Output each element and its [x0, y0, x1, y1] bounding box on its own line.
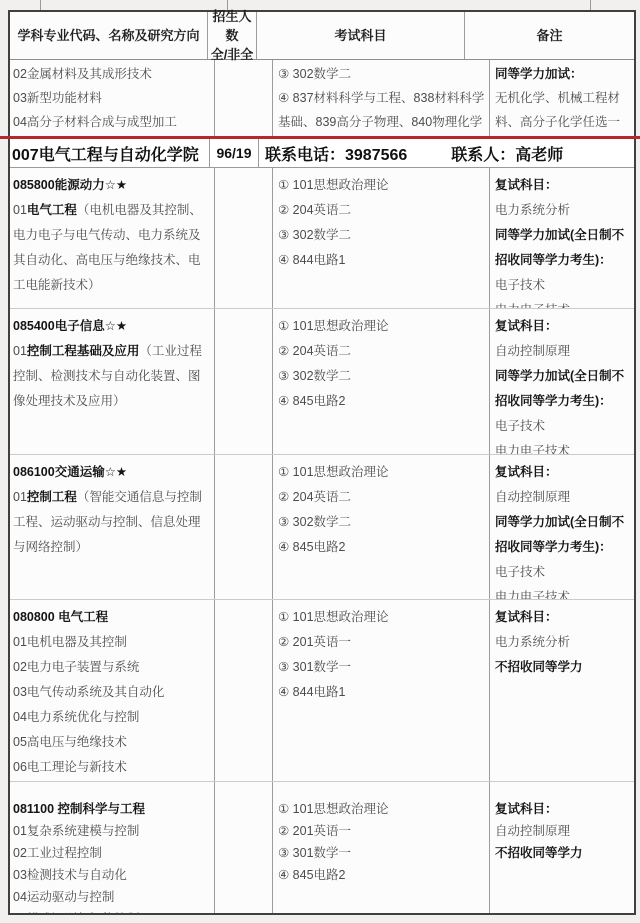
text-line: ② 204英语二 — [278, 198, 485, 223]
text-line: 02工业过程控制 — [13, 842, 210, 864]
text: ② 204英语二 — [278, 344, 351, 358]
text: 04电力系统优化与控制 — [13, 710, 139, 724]
text: ① 101思想政治理论 — [278, 319, 389, 333]
text-line: 无机化学、机械工程材料、高分子化学任选一门 — [495, 86, 630, 136]
header-major-column: 学科专业代码、名称及研究方向 — [10, 12, 207, 59]
text-line: 02电力电子装置与系统 — [13, 655, 210, 680]
cell-remarks: 复试科目：电力系统分析不招收同等学力 — [489, 600, 634, 781]
text-line: ② 204英语二 — [278, 485, 485, 510]
text-line: 03检测技术与自动化 — [13, 864, 210, 886]
text-line: ④ 845电路2 — [278, 389, 485, 414]
text-line: ④ 845电路2 — [278, 864, 485, 886]
table-row: 080800 电气工程01电机电器及其控制02电力电子装置与系统03电气传动系统… — [10, 600, 634, 782]
bold-text: 复试科目： — [495, 802, 558, 816]
bold-text: 复试科目： — [495, 610, 558, 624]
text-line: 04高分子材料合成与成型加工 — [13, 110, 210, 134]
text-line: 复试科目： — [495, 798, 630, 820]
text: 04运动驱动与控制 — [13, 890, 114, 904]
cell-major: 085800能源动力☆★01电气工程（电机电器及其控制、电力电子与电气传动、电力… — [10, 168, 214, 308]
department-contact: 联系电话：3987566 联系人：高老师 — [259, 139, 634, 167]
text-line: 复试科目： — [495, 605, 630, 630]
text-line: 02金属材料及其成形技术 — [13, 62, 210, 86]
text-line: 同等学力加试(全日制不招收同等学力考生)： — [495, 510, 630, 560]
bold-text: 控制工程基础及应用 — [27, 344, 140, 358]
text-line: ① 101思想政治理论 — [278, 460, 485, 485]
text-line: 01复杂系统建模与控制 — [13, 820, 210, 842]
bold-text: 控制工程 — [27, 490, 77, 504]
cell-exams: ① 101思想政治理论② 201英语一③ 301数学一④ 845电路2 — [272, 782, 489, 913]
text-line: 电力电子技术 — [495, 585, 630, 599]
cell-quota — [214, 600, 272, 781]
text: 01电机电器及其控制 — [13, 635, 127, 649]
text-line: 04运动驱动与控制 — [13, 886, 210, 908]
text: ① 101思想政治理论 — [278, 465, 389, 479]
header-remarks-column: 备注 — [464, 12, 634, 59]
text-line: 01电机电器及其控制 — [13, 630, 210, 655]
cell-remarks: 复试科目：电力系统分析同等学力加试(全日制不招收同等学力考生)：电子技术电力电子… — [489, 168, 634, 308]
cell-quota — [214, 60, 272, 136]
text: ④ 845电路2 — [278, 868, 346, 882]
department-quota: 96/19 — [209, 139, 259, 167]
text-line: 自动控制原理 — [495, 820, 630, 842]
text: 电力电子技术 — [495, 444, 570, 454]
text-line: 081100 控制科学与工程 — [13, 798, 210, 820]
text-line: 01电气工程（电机电器及其控制、电力电子与电气传动、电力系统及其自动化、高电压与… — [13, 198, 210, 298]
cell-major: 086100交通运输☆★01控制工程（智能交通信息与控制工程、运动驱动与控制、信… — [10, 455, 214, 599]
text: 01 — [13, 490, 27, 504]
text-line: 01控制工程基础及应用（工业过程控制、检测技术与自动化装置、图像处理技术及应用） — [13, 339, 210, 414]
text-line: ① 101思想政治理论 — [278, 605, 485, 630]
text: 02工业过程控制 — [13, 846, 102, 860]
text: ④ 844电路1 — [278, 685, 346, 699]
header-quota-column: 招生人数 全/非全 — [207, 12, 256, 59]
header-exams-column: 考试科目 — [256, 12, 464, 59]
text: ② 204英语二 — [278, 490, 351, 504]
cell-remarks: 复试科目：自动控制原理同等学力加试(全日制不招收同等学力考生)：电子技术电力电子… — [489, 309, 634, 454]
text-line: 04电力系统优化与控制 — [13, 705, 210, 730]
bold-text: 电气工程 — [27, 203, 77, 217]
cell-quota — [214, 309, 272, 454]
text: 电力电子技术 — [495, 303, 570, 308]
text-line: 电力系统分析 — [495, 198, 630, 223]
cell-major: 02金属材料及其成形技术03新型功能材料04高分子材料合成与成型加工 — [10, 60, 214, 136]
text-line: 电子技术 — [495, 414, 630, 439]
cell-remarks: 复试科目：自动控制原理不招收同等学力 — [489, 782, 634, 913]
cell-exams: ① 101思想政治理论② 204英语二③ 302数学二④ 845电路2 — [272, 309, 489, 454]
text-line: ④ 844电路1 — [278, 248, 485, 273]
table-row: 081100 控制科学与工程01复杂系统建模与控制02工业过程控制03检测技术与… — [10, 782, 634, 913]
text-line: 085800能源动力☆★ — [13, 173, 210, 198]
text-line: 自动控制原理 — [495, 485, 630, 510]
bold-text: 081100 控制科学与工程 — [13, 802, 145, 816]
text-line: 复试科目： — [495, 173, 630, 198]
cell-exams: ① 101思想政治理论② 204英语二③ 302数学二④ 844电路1 — [272, 168, 489, 308]
text: ④ 844电路1 — [278, 253, 346, 267]
text: ③ 301数学一 — [278, 660, 351, 674]
text-line: 电力电子技术 — [495, 298, 630, 308]
text-line: 电子技术 — [495, 273, 630, 298]
text: 03新型功能材料 — [13, 91, 102, 105]
bold-text: 复试科目： — [495, 465, 558, 479]
text: ② 201英语一 — [278, 824, 351, 838]
bold-text: 080800 电气工程 — [13, 610, 108, 624]
text: ② 201英语一 — [278, 635, 351, 649]
table-body-after-divider: 085800能源动力☆★01电气工程（电机电器及其控制、电力电子与电气传动、电力… — [10, 168, 634, 913]
text-line: ③ 301数学一 — [278, 842, 485, 864]
text: ③ 302数学二 — [278, 228, 351, 242]
text: 电子技术 — [495, 565, 545, 579]
text-line: 05模式识别与智能控制 — [13, 908, 210, 913]
text: ③ 301数学一 — [278, 846, 351, 860]
text: 电子技术 — [495, 419, 545, 433]
text: 01 — [13, 203, 27, 217]
red-divider-line — [0, 136, 640, 139]
text: ① 101思想政治理论 — [278, 178, 389, 192]
text-line: ③ 302数学二 — [278, 62, 485, 86]
text-line: 05高电压与绝缘技术 — [13, 730, 210, 755]
table-row: 085400电子信息☆★01控制工程基础及应用（工业过程控制、检测技术与自动化装… — [10, 309, 634, 455]
text: ④ 837材料科学与工程、838材料科学基础、839高分子物理、840物理化学任… — [278, 91, 484, 136]
cell-remarks: 同等学力加试：无机化学、机械工程材料、高分子化学任选一门工程材料力学性能 — [489, 60, 634, 136]
text-line: ③ 302数学二 — [278, 223, 485, 248]
text: 电力系统分析 — [495, 635, 570, 649]
text-line: ① 101思想政治理论 — [278, 314, 485, 339]
table-header-row: 学科专业代码、名称及研究方向 招生人数 全/非全 考试科目 备注 — [10, 12, 634, 60]
text-line: ④ 845电路2 — [278, 535, 485, 560]
text-line: 电力系统分析 — [495, 630, 630, 655]
text: 04高分子材料合成与成型加工 — [13, 115, 177, 129]
text: 自动控制原理 — [495, 824, 570, 838]
text-line: ① 101思想政治理论 — [278, 173, 485, 198]
text-line: 03电气传动系统及其自动化 — [13, 680, 210, 705]
text-line: 同等学力加试： — [495, 62, 630, 86]
text-line: 同等学力加试(全日制不招收同等学力考生)： — [495, 223, 630, 273]
department-phone: 联系电话：3987566 — [265, 142, 407, 165]
department-contact-person: 联系人：高老师 — [451, 142, 563, 165]
text: 无机化学、机械工程材料、高分子化学任选一门 — [495, 91, 620, 136]
text-line: 复试科目： — [495, 460, 630, 485]
bold-text: 同等学力加试(全日制不招收同等学力考生)： — [495, 515, 624, 554]
text-line: ④ 837材料科学与工程、838材料科学基础、839高分子物理、840物理化学任… — [278, 86, 485, 136]
cell-major: 085400电子信息☆★01控制工程基础及应用（工业过程控制、检测技术与自动化装… — [10, 309, 214, 454]
text-line: 086100交通运输☆★ — [13, 460, 210, 485]
text: 06电工理论与新技术 — [13, 760, 127, 774]
bold-text: 复试科目： — [495, 319, 558, 333]
text: 03检测技术与自动化 — [13, 868, 127, 882]
bold-text: 086100交通运输☆★ — [13, 465, 127, 479]
text: 自动控制原理 — [495, 344, 570, 358]
cell-quota — [214, 455, 272, 599]
bold-text: 不招收同等学力 — [495, 660, 583, 674]
text-line: ③ 301数学一 — [278, 655, 485, 680]
bold-text: 复试科目： — [495, 178, 558, 192]
text: ④ 845电路2 — [278, 394, 346, 408]
cell-exams: ③ 302数学二④ 837材料科学与工程、838材料科学基础、839高分子物理、… — [272, 60, 489, 136]
text-line: ② 201英语一 — [278, 820, 485, 842]
bold-text: 同等学力加试(全日制不招收同等学力考生)： — [495, 369, 624, 408]
text-line: 电子技术 — [495, 560, 630, 585]
header-quota-line1: 招生人数 — [208, 7, 256, 45]
text-line: 085400电子信息☆★ — [13, 314, 210, 339]
text: ③ 302数学二 — [278, 369, 351, 383]
cell-exams: ① 101思想政治理论② 204英语二③ 302数学二④ 845电路2 — [272, 455, 489, 599]
cell-major: 080800 电气工程01电机电器及其控制02电力电子装置与系统03电气传动系统… — [10, 600, 214, 781]
text-line: 自动控制原理 — [495, 339, 630, 364]
text: 01复杂系统建模与控制 — [13, 824, 139, 838]
text: 05高电压与绝缘技术 — [13, 735, 127, 749]
text-line: 电力电子技术 — [495, 439, 630, 454]
text-line: 06电工理论与新技术 — [13, 755, 210, 780]
table-row: 02金属材料及其成形技术03新型功能材料04高分子材料合成与成型加工③ 302数… — [10, 60, 634, 136]
text: ③ 302数学二 — [278, 515, 351, 529]
text-line: ① 101思想政治理论 — [278, 798, 485, 820]
cell-quota — [214, 168, 272, 308]
bold-text: 085800能源动力☆★ — [13, 178, 127, 192]
table-row: 086100交通运输☆★01控制工程（智能交通信息与控制工程、运动驱动与控制、信… — [10, 455, 634, 600]
text-line: ② 204英语二 — [278, 339, 485, 364]
text: ① 101思想政治理论 — [278, 610, 389, 624]
text-line: 01控制工程（智能交通信息与控制工程、运动驱动与控制、信息处理与网络控制） — [13, 485, 210, 560]
bold-text: 085400电子信息☆★ — [13, 319, 127, 333]
text: 01 — [13, 344, 27, 358]
text: ④ 845电路2 — [278, 540, 346, 554]
text: 03电气传动系统及其自动化 — [13, 685, 164, 699]
text: 05模式识别与智能控制 — [13, 912, 139, 913]
text-line: 03新型功能材料 — [13, 86, 210, 110]
text-line: 080800 电气工程 — [13, 605, 210, 630]
bold-text: 不招收同等学力 — [495, 846, 583, 860]
text: 电子技术 — [495, 278, 545, 292]
text: ② 204英语二 — [278, 203, 351, 217]
text: 02电力电子装置与系统 — [13, 660, 139, 674]
cell-remarks: 复试科目：自动控制原理同等学力加试(全日制不招收同等学力考生)：电子技术电力电子… — [489, 455, 634, 599]
department-row: 007电气工程与自动化学院 96/19 联系电话：3987566 联系人：高老师 — [10, 139, 634, 168]
bold-text: 同等学力加试： — [495, 67, 583, 81]
text-line: ④ 844电路1 — [278, 680, 485, 705]
bold-text: 同等学力加试(全日制不招收同等学力考生)： — [495, 228, 624, 267]
admissions-table: 学科专业代码、名称及研究方向 招生人数 全/非全 考试科目 备注 02金属材料及… — [8, 10, 636, 915]
text: 电力电子技术 — [495, 590, 570, 599]
text: 电力系统分析 — [495, 203, 570, 217]
text-line: ② 201英语一 — [278, 630, 485, 655]
cell-major: 081100 控制科学与工程01复杂系统建模与控制02工业过程控制03检测技术与… — [10, 782, 214, 913]
table-body-before-divider: 02金属材料及其成形技术03新型功能材料04高分子材料合成与成型加工③ 302数… — [10, 60, 634, 136]
text: 自动控制原理 — [495, 490, 570, 504]
text-line: 不招收同等学力 — [495, 842, 630, 864]
text: 02金属材料及其成形技术 — [13, 67, 152, 81]
text-line: 不招收同等学力 — [495, 655, 630, 680]
table-row: 085800能源动力☆★01电气工程（电机电器及其控制、电力电子与电气传动、电力… — [10, 168, 634, 309]
text-line: 同等学力加试(全日制不招收同等学力考生)： — [495, 364, 630, 414]
text-line: 复试科目： — [495, 314, 630, 339]
text-line: ③ 302数学二 — [278, 364, 485, 389]
cell-quota — [214, 782, 272, 913]
cell-exams: ① 101思想政治理论② 201英语一③ 301数学一④ 844电路1 — [272, 600, 489, 781]
text-line: ③ 302数学二 — [278, 510, 485, 535]
text: ① 101思想政治理论 — [278, 802, 389, 816]
text: ③ 302数学二 — [278, 67, 351, 81]
department-name: 007电气工程与自动化学院 — [10, 139, 209, 167]
